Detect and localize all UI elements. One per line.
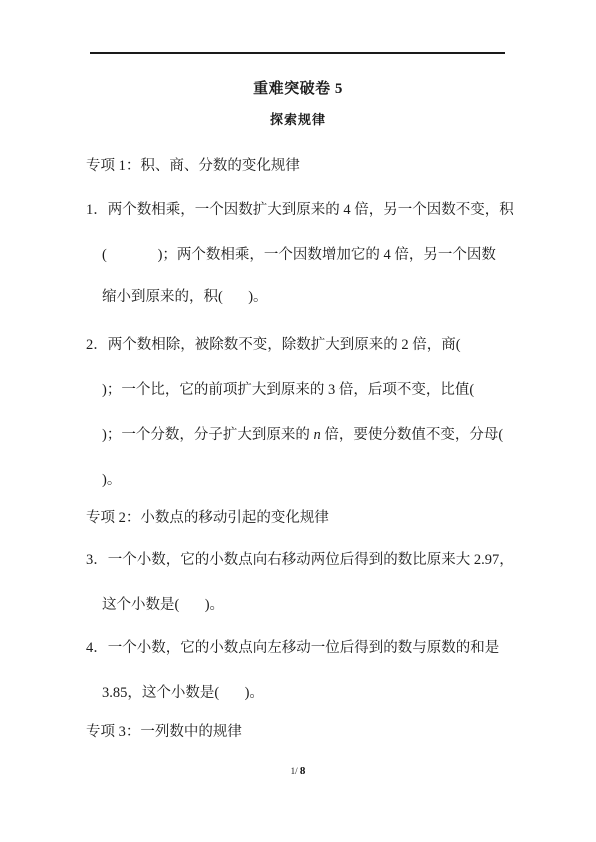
worksheet-page: 重难突破卷 5 探索规律 专项 1：积、商、分数的变化规律 1．两个数相乘，一个… (0, 0, 596, 842)
question-1-line-1: 1．两个数相乘，一个因数扩大到原来的 4 倍，另一个因数不变，积 (86, 200, 516, 220)
question-4-line-2: 3.85，这个小数是( )。 (86, 683, 532, 703)
question-2-line-3-post: 倍，要使分数值不变，分母( (321, 427, 503, 443)
variable-n: n (313, 427, 320, 443)
section-3-heading: 专项 3：一列数中的规律 (86, 722, 516, 742)
question-2-line-3-pre: )；一个分数，分子扩大到原来的 (102, 427, 313, 443)
page-number: 1/ 8 (0, 764, 596, 778)
question-2-line-4: )。 (86, 470, 532, 490)
question-2-line-2: )；一个比，它的前项扩大到原来的 3 倍，后项不变，比值( (86, 380, 532, 400)
section-2-heading: 专项 2：小数点的移动引起的变化规律 (86, 508, 516, 528)
question-3-line-2: 这个小数是( )。 (86, 595, 532, 615)
header-divider (90, 52, 505, 54)
question-4-line-1: 4．一个小数，它的小数点向左移动一位后得到的数与原数的和是 (86, 638, 516, 658)
document-title: 重难突破卷 5 (0, 80, 596, 98)
section-1-heading: 专项 1：积、商、分数的变化规律 (86, 156, 516, 176)
document-subtitle: 探索规律 (0, 112, 596, 128)
question-3-line-1: 3．一个小数，它的小数点向右移动两位后得到的数比原来大 2.97， (86, 550, 516, 570)
question-1-line-3: 缩小到原来的，积( )。 (86, 287, 532, 307)
page-number-current: 1/ (291, 766, 298, 776)
page-number-total: 8 (300, 765, 306, 777)
question-1-line-2: ( )；两个数相乘，一个因数增加它的 4 倍，另一个因数 (86, 245, 532, 265)
question-2-line-1: 2．两个数相除，被除数不变，除数扩大到原来的 2 倍，商( (86, 335, 516, 355)
question-2-line-3: )；一个分数，分子扩大到原来的 n 倍，要使分数值不变，分母( (86, 425, 532, 445)
